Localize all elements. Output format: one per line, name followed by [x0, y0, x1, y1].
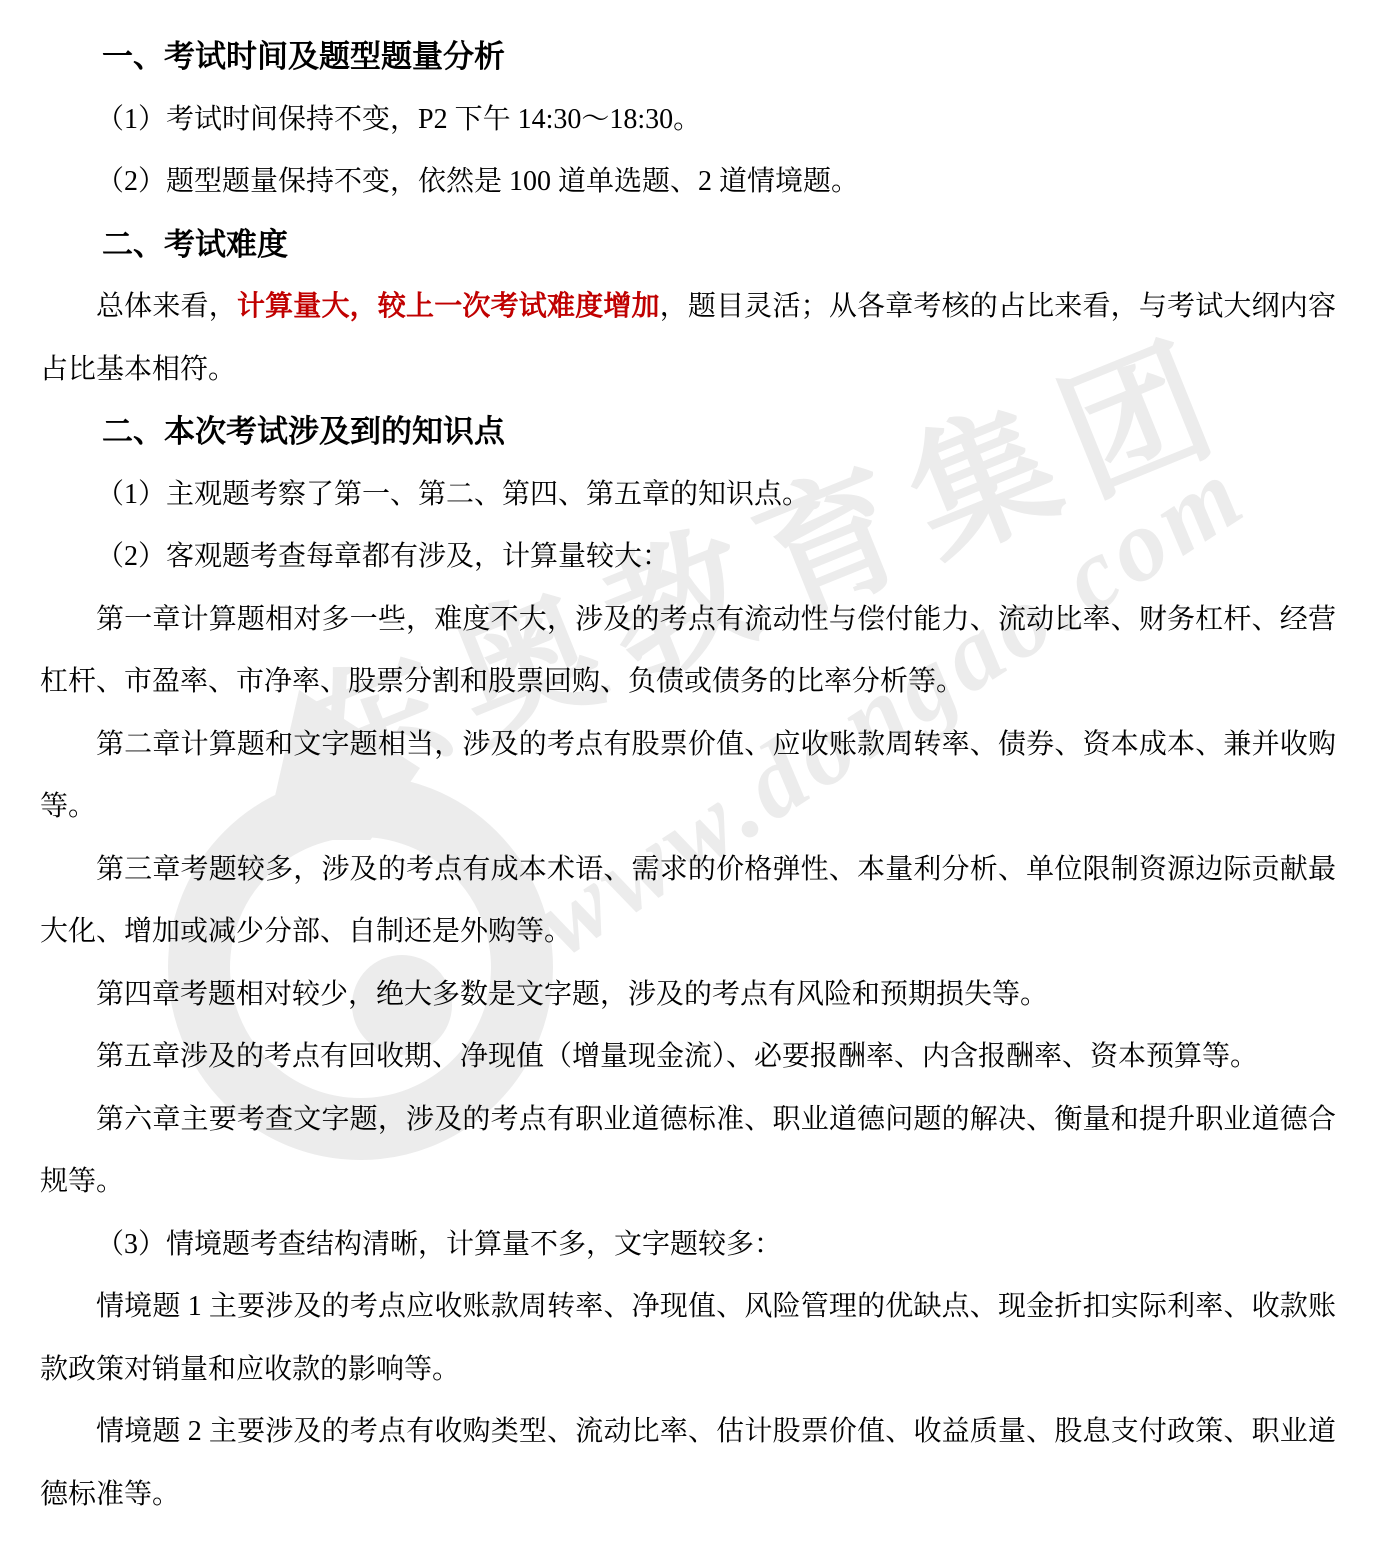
- exam-analysis-document: { "colors": { "body_text": "#000000", "h…: [0, 0, 1377, 1545]
- paragraph-14: 第六章主要考查文字题，涉及的考点有职业道德标准、职业道德问题的解决、衡量和提升职…: [40, 1089, 1336, 1214]
- paragraph-5: 总体来看，计算量大，较上一次考试难度增加，题目灵活；从各章考核的占比来看，与考试…: [40, 276, 1336, 401]
- paragraph-15: （3）情境题考查结构清晰，计算量不多，文字题较多：: [40, 1214, 1336, 1277]
- paragraph-11: 第三章考题较多，涉及的考点有成本术语、需求的价格弹性、本量利分析、单位限制资源边…: [40, 839, 1336, 964]
- paragraph-13: 第五章涉及的考点有回收期、净现值（增量现金流）、必要报酬率、内含报酬率、资本预算…: [40, 1026, 1336, 1089]
- paragraph-12: 第四章考题相对较少，绝大多数是文字题，涉及的考点有风险和预期损失等。: [40, 964, 1336, 1027]
- paragraph-10: 第二章计算题和文字题相当，涉及的考点有股票价值、应收账款周转率、债券、资本成本、…: [40, 714, 1336, 839]
- heading-4: 二、考试难度: [40, 214, 1336, 277]
- document-body: 一、考试时间及题型题量分析（1）考试时间保持不变，P2 下午 14:30～18:…: [0, 0, 1377, 1526]
- paragraph-16: 情境题 1 主要涉及的考点应收账款周转率、净现值、风险管理的优缺点、现金折扣实际…: [40, 1276, 1336, 1401]
- paragraph-7: （1）主观题考察了第一、第二、第四、第五章的知识点。: [40, 464, 1336, 527]
- heading-6: 二、本次考试涉及到的知识点: [40, 401, 1336, 464]
- paragraph-8: （2）客观题考查每章都有涉及，计算量较大：: [40, 526, 1336, 589]
- paragraph-2: （1）考试时间保持不变，P2 下午 14:30～18:30。: [40, 89, 1336, 152]
- paragraph-3: （2）题型题量保持不变，依然是 100 道单选题、2 道情境题。: [40, 151, 1336, 214]
- plain-text: 总体来看，: [96, 291, 237, 322]
- paragraph-17: 情境题 2 主要涉及的考点有收购类型、流动比率、估计股票价值、收益质量、股息支付…: [40, 1401, 1336, 1526]
- highlighted-text: 计算量大，较上一次考试难度增加: [237, 291, 660, 322]
- heading-1: 一、考试时间及题型题量分析: [40, 26, 1336, 89]
- paragraph-9: 第一章计算题相对多一些，难度不大，涉及的考点有流动性与偿付能力、流动比率、财务杠…: [40, 589, 1336, 714]
